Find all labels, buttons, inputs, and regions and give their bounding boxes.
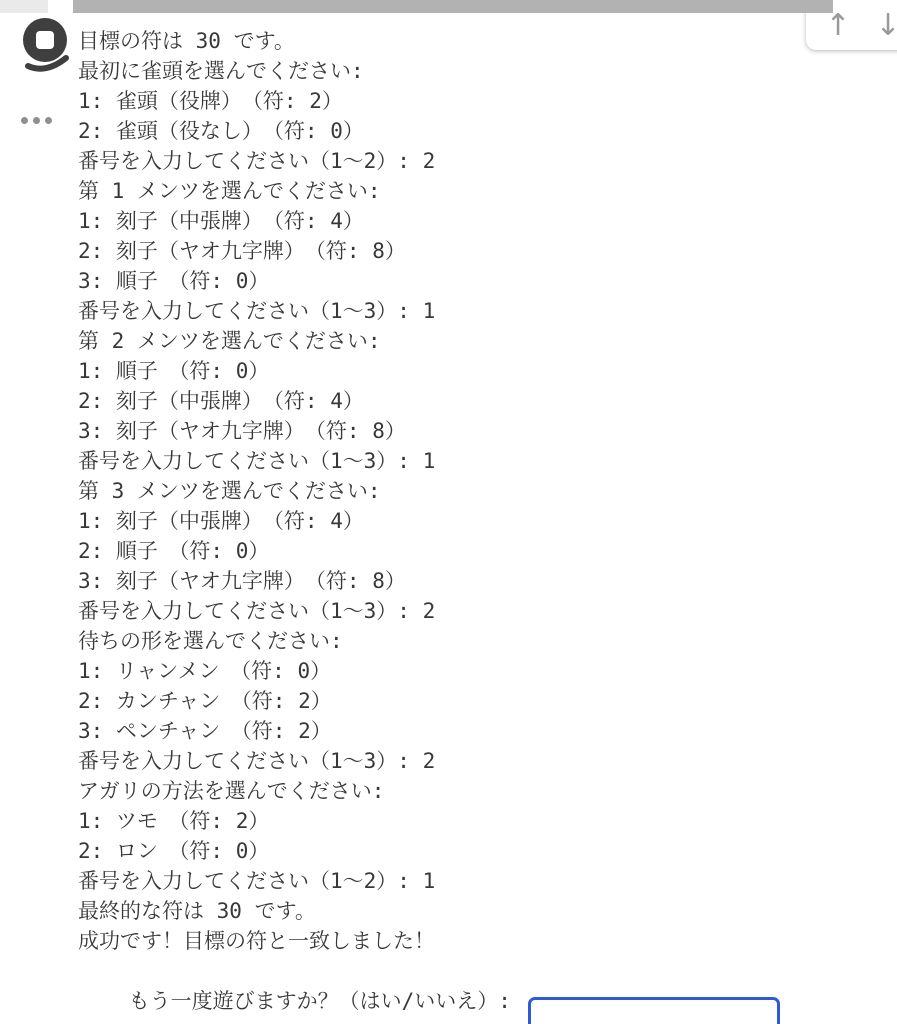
dot bbox=[45, 117, 52, 124]
more-options-icon[interactable] bbox=[21, 117, 52, 124]
console-line: 番号を入力してください（1〜3）: 2 bbox=[78, 596, 858, 626]
console-line: 3: 順子 （符: 0） bbox=[78, 266, 858, 296]
console-line: 3: 刻子（ヤオ九字牌） （符: 8） bbox=[78, 566, 858, 596]
console-line: 2: 順子 （符: 0） bbox=[78, 536, 858, 566]
console-line: 第 1 メンツを選んでください: bbox=[78, 176, 858, 206]
console-line: 最終的な符は 30 です。 bbox=[78, 896, 858, 926]
console-line: 最初に雀頭を選んでください: bbox=[78, 56, 858, 86]
console-line: 番号を入力してください（1〜3）: 2 bbox=[78, 746, 858, 776]
console-line: 2: カンチャン （符: 2） bbox=[78, 686, 858, 716]
stdin-input[interactable] bbox=[528, 997, 780, 1024]
stop-square-in-circle-icon bbox=[16, 14, 74, 76]
console-line: 1: 刻子（中張牌） （符: 4） bbox=[78, 506, 858, 536]
scroll-down-button[interactable]: ↓ bbox=[870, 5, 897, 45]
console-line: 待ちの形を選んでください: bbox=[78, 626, 858, 656]
cell-run-stop-button[interactable] bbox=[16, 14, 74, 76]
clipped-content-bar-light bbox=[0, 0, 48, 13]
console-output: 目標の符は 30 です。 最初に雀頭を選んでください: 1: 雀頭（役牌） （符… bbox=[78, 26, 858, 986]
console-line: 1: 雀頭（役牌） （符: 2） bbox=[78, 86, 858, 116]
clipped-content-bar-dark bbox=[73, 0, 833, 13]
console-line: 第 2 メンツを選んでください: bbox=[78, 326, 858, 356]
console-line: 1: 刻子（中張牌） （符: 4） bbox=[78, 206, 858, 236]
replay-prompt-text: もう一度遊びますか？（はい/いいえ）: bbox=[129, 989, 524, 1013]
dot bbox=[21, 117, 28, 124]
console-line: 1: 順子 （符: 0） bbox=[78, 356, 858, 386]
console-line: 成功です！目標の符と一致しました！ bbox=[78, 926, 858, 956]
console-line: アガリの方法を選んでください: bbox=[78, 776, 858, 806]
console-line: 番号を入力してください（1〜2）: 2 bbox=[78, 146, 858, 176]
console-line: 番号を入力してください（1〜3）: 1 bbox=[78, 446, 858, 476]
console-line: 2: 刻子（ヤオ九字牌） （符: 8） bbox=[78, 236, 858, 266]
console-line: 2: 雀頭（役なし） （符: 0） bbox=[78, 116, 858, 146]
console-line: 目標の符は 30 です。 bbox=[78, 26, 858, 56]
console-line: 1: リャンメン （符: 0） bbox=[78, 656, 858, 686]
console-line: 第 3 メンツを選んでください: bbox=[78, 476, 858, 506]
console-line: 番号を入力してください（1〜2）: 1 bbox=[78, 866, 858, 896]
arrow-down-icon: ↓ bbox=[875, 8, 897, 43]
dot bbox=[33, 117, 40, 124]
console-line: 番号を入力してください（1〜3）: 1 bbox=[78, 296, 858, 326]
console-line: 2: 刻子（中張牌） （符: 4） bbox=[78, 386, 858, 416]
console-line: 2: ロン （符: 0） bbox=[78, 836, 858, 866]
console-line: 3: ペンチャン （符: 2） bbox=[78, 716, 858, 746]
console-line: 1: ツモ （符: 2） bbox=[78, 806, 858, 836]
console-line-final: もう一度遊びますか？（はい/いいえ）: bbox=[78, 956, 858, 986]
console-line: 3: 刻子（ヤオ九字牌） （符: 8） bbox=[78, 416, 858, 446]
